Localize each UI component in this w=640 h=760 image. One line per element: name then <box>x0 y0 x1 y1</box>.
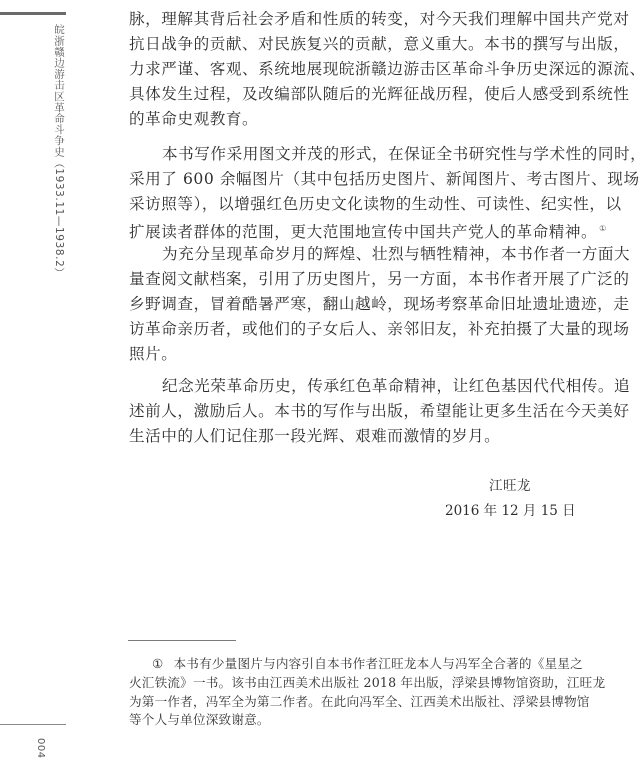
body-line: 量查阅文献档案，引用了历史图片，另一方面，本书作者开展了广泛的 <box>129 270 629 288</box>
body-line: 述前人，激励后人。本书的写作与出版，希望能让更多生活在今天美好 <box>129 402 629 420</box>
body-line: 纪念光荣革命历史，传承红色革命精神，让红色基因代代相传。追 <box>162 377 630 395</box>
body-line: 力求严谨、客观、系统地展现皖浙赣边游击区革命斗争历史深远的源流、 <box>129 60 640 78</box>
body-line: 乡野调查，冒着酷暑严寒，翻山越岭，现场考察革命旧址遗址遗迹，走 <box>129 295 629 313</box>
footnote-line: 火汇铁流》一书。该书由江西美术出版社 2018 年出版，浮梁县博物馆资助，江旺龙 <box>129 675 605 690</box>
body-line: 访革命亲历者，或他们的子女后人、亲邻旧友，补充拍摄了大量的现场 <box>129 320 629 338</box>
footnote-rule <box>128 640 236 641</box>
body-line: 脉，理解其背后社会矛盾和性质的转变，对今天我们理解中国共产党对 <box>129 10 629 28</box>
running-head: 皖浙赣边游击区革命斗争史（1933.11—1938.2） <box>52 24 66 278</box>
signature-author: 江旺龙 <box>489 474 531 494</box>
body-line: 采用了 600 余幅图片（其中包括历史图片、新闻图片、考古图片、现场 <box>129 170 640 188</box>
body-line: 照片。 <box>129 345 177 363</box>
footnote-reference[interactable]: ① <box>599 224 607 233</box>
footnote-line: 等个人与单位深致谢意。 <box>129 712 270 727</box>
body-line: 抗日战争的贡献、对民族复兴的贡献，意义重大。本书的撰写与出版， <box>129 35 629 53</box>
body-line: 扩展读者群体的范围，更大范围地宣传中国共产党人的革命精神。① <box>129 220 607 241</box>
footnote-line-text: 本书有少量图片与内容引自本书作者江旺龙本人与冯军全合著的《星星之 <box>174 656 583 671</box>
header-rule <box>0 12 66 15</box>
body-line: 本书写作采用图文并茂的形式，在保证全书研究性与学术性的同时， <box>162 145 640 163</box>
footnote-line: 为第一作者，冯军全为第二作者。在此向冯军全、江西美术出版社、浮梁县博物馆 <box>129 694 590 709</box>
signature-date: 2016 年 12 月 15 日 <box>445 499 576 519</box>
body-line: 的革命史观教育。 <box>129 110 258 128</box>
body-line-text: 扩展读者群体的范围，更大范围地宣传中国共产党人的革命精神。 <box>129 223 597 241</box>
footer-rule <box>0 724 66 725</box>
body-line: 为充分呈现革命岁月的辉煌、壮烈与牺牲精神，本书作者一方面大 <box>162 245 630 263</box>
body-line: 具体发生过程，及改编部队随后的光辉征战历程，使后人感受到系统性 <box>129 85 629 103</box>
page-number: 004 <box>35 738 46 759</box>
body-line: 生活中的人们记住那一段光辉、艰难而激情的岁月。 <box>129 427 500 445</box>
footnote-marker: ① <box>152 656 164 671</box>
body-line: 采访照等），以增强红色历史文化读物的生动性、可读性、纪实性，以 <box>129 195 622 213</box>
footnote-line: ①本书有少量图片与内容引自本书作者江旺龙本人与冯军全合著的《星星之 <box>152 656 583 671</box>
